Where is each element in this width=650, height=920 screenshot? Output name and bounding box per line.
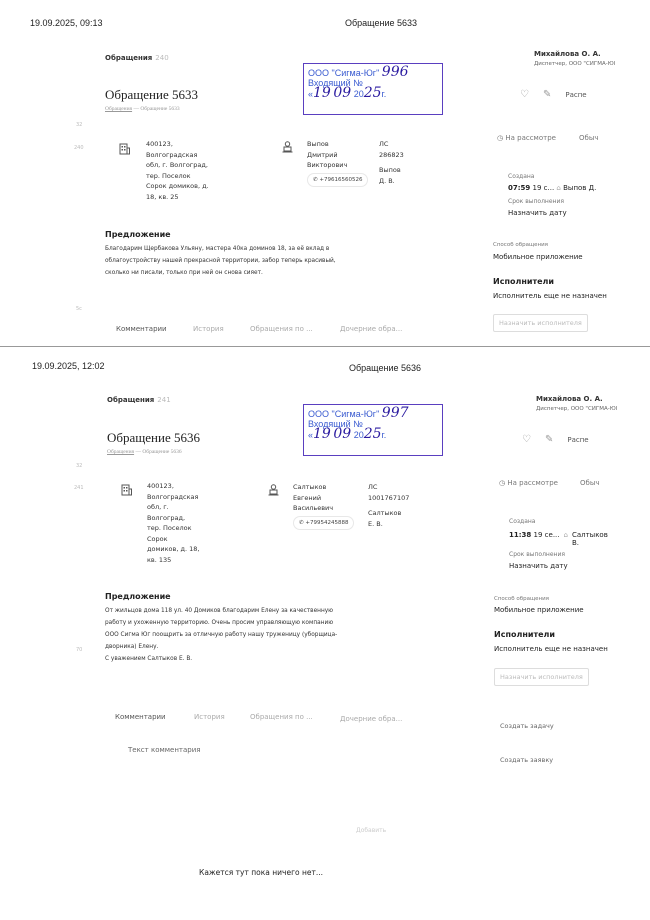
- stamp-org: ООО "Сигма-Юг": [308, 68, 379, 78]
- applicant-name-line: Васильевич: [293, 503, 354, 514]
- breadcrumb-sep: —: [135, 449, 141, 455]
- executors-empty: Исполнитель еще не назначен: [494, 645, 608, 653]
- proposal-line: сколько ни писали, только при ней он сно…: [105, 267, 336, 279]
- proposal-line: дворника) Елену.: [105, 641, 337, 653]
- applicant: Выпов Дмитрий Викторович ✆ +79616560526: [307, 139, 368, 187]
- incoming-stamp: ООО "Сигма-Юг" 996 Входящий № «19 09 202…: [303, 63, 443, 115]
- user-name: Михайлова О. А.: [534, 50, 615, 58]
- building-icon: [119, 140, 130, 159]
- deadline-label: Срок выполнения: [508, 198, 564, 205]
- address-line: обл, г. Волгоград,: [146, 160, 209, 171]
- action-bar: ♡ ✎ Распе: [520, 89, 587, 100]
- stamp-year-prefix: 20: [354, 430, 364, 440]
- phone-number: +79954245888: [305, 520, 348, 526]
- stamp-month: 09: [333, 426, 351, 442]
- stamp-year-end: г.: [382, 430, 387, 440]
- stamp-month: 09: [333, 85, 351, 101]
- comment-input[interactable]: Текст комментария: [128, 746, 428, 754]
- created-label: Создана: [508, 173, 534, 180]
- address-line: Сорок домиков, д.: [146, 181, 209, 192]
- account-label: ЛС: [368, 482, 409, 493]
- executors-empty: Исполнитель еще не назначен: [493, 292, 607, 300]
- stamp-year: 25: [364, 85, 382, 101]
- side-number: 70: [76, 647, 82, 653]
- print-button[interactable]: Распе: [567, 436, 588, 444]
- address-line: тер. Поселок: [147, 523, 199, 534]
- proposal-line: ООО Сигма Юг поощрить за отличную работу…: [105, 629, 337, 641]
- print-date: 19.09.2025, 09:13: [30, 18, 103, 28]
- proposal-line: От жильцов дома 118 ул. 40 Домиков благо…: [105, 605, 337, 617]
- tab-history[interactable]: История: [194, 713, 225, 721]
- deadline-set-date[interactable]: Назначить дату: [508, 209, 567, 217]
- created-date: 19 се...: [534, 531, 560, 539]
- breadcrumb-sep: —: [133, 106, 139, 112]
- address-line: домиков, д. 18,: [147, 544, 199, 555]
- print-date: 19.09.2025, 12:02: [32, 361, 105, 371]
- status-icon: ◷: [497, 134, 503, 142]
- address-line: Сорок: [147, 534, 199, 545]
- stamp-number: 997: [382, 405, 409, 421]
- person-icon: [268, 481, 279, 500]
- method-label: Способ обращения: [494, 596, 549, 602]
- proposal-line: облагоустройству нашей прекрасной террит…: [105, 255, 336, 267]
- account-number: 286823: [379, 150, 404, 161]
- proposal-line: работу и ухоженную территорию. Очень про…: [105, 617, 337, 629]
- user-profile[interactable]: Михайлова О. А. Диспетчер, ООО "СИГМА-ЮІ: [534, 50, 615, 67]
- address-line: Волгоградская: [147, 492, 199, 503]
- tab-child-requests[interactable]: Дочерние обра...: [340, 715, 402, 723]
- empty-state: Кажется тут пока ничего нет...: [199, 868, 323, 877]
- user-name: Михайлова О. А.: [536, 395, 617, 403]
- stamp-year-prefix: 20: [354, 89, 364, 99]
- phone-icon: ✆: [299, 520, 304, 526]
- section-header[interactable]: Обращения241: [107, 396, 171, 404]
- user-role: Диспетчер, ООО "СИГМА-ЮІ: [534, 61, 615, 67]
- status-icon: ◷: [499, 479, 505, 487]
- status-dropdown[interactable]: ◷ На рассмотре: [497, 134, 556, 142]
- tab-child-requests[interactable]: Дочерние обра...: [340, 325, 402, 333]
- proposal-title: Предложение: [105, 230, 171, 239]
- assign-executor-button[interactable]: Назначить исполнителя: [494, 668, 589, 686]
- address-line: Волгоградская: [146, 150, 209, 161]
- status-dropdown[interactable]: ◷ На рассмотре: [499, 479, 558, 487]
- address-line: кв. 135: [147, 555, 199, 566]
- tab-comments[interactable]: Комментарии: [116, 325, 167, 333]
- phone-chip[interactable]: ✆ +79616560526: [307, 173, 368, 188]
- side-number: 5с: [76, 306, 82, 312]
- address: 400123, Волгоградская обл, г. Волгоград,…: [147, 481, 199, 565]
- tab-history[interactable]: История: [193, 325, 224, 333]
- page-title: Обращение 5636: [107, 430, 200, 446]
- person-icon: [282, 138, 293, 157]
- applicant: Салтыков Евгений Васильевич ✆ +799542458…: [293, 482, 354, 530]
- section-header[interactable]: Обращения240: [105, 54, 169, 62]
- created-by: Выпов Д.: [563, 184, 596, 192]
- edit-icon[interactable]: ✎: [543, 89, 551, 100]
- edit-icon[interactable]: ✎: [545, 434, 553, 445]
- section-count: 240: [155, 54, 168, 62]
- tab-comments[interactable]: Комментарии: [115, 713, 166, 721]
- stamp-day: 19: [313, 426, 331, 442]
- breadcrumb-link[interactable]: Обращения: [105, 106, 132, 112]
- address-line: 400123,: [146, 139, 209, 150]
- stamp-number: 996: [382, 64, 409, 80]
- breadcrumb-current: Обращение 5636: [142, 449, 181, 455]
- print-title: Обращение 5633: [345, 18, 417, 28]
- breadcrumb: Обращения — Обращение 5636: [107, 449, 182, 455]
- print-title: Обращение 5636: [349, 363, 421, 373]
- address: 400123, Волгоградская обл, г. Волгоград,…: [146, 139, 209, 202]
- account-owner: Салтыков: [368, 508, 409, 519]
- applicant-name-line: Дмитрий: [307, 150, 368, 161]
- proposal-title: Предложение: [105, 592, 171, 601]
- proposal-text: Благодарим Щербакова Ульяну, мастера 40к…: [105, 243, 336, 279]
- address-line: 18, кв. 25: [146, 192, 209, 203]
- created-value: 07:59 19 с... ⌂ Выпов Д.: [508, 184, 596, 192]
- created-value: 11:38 19 се... ⌂ Салтыков В.: [509, 531, 602, 547]
- account-label: ЛС: [379, 139, 404, 150]
- address-line: 400123,: [147, 481, 199, 492]
- created-date: 19 с...: [533, 184, 555, 192]
- user-profile[interactable]: Михайлова О. А. Диспетчер, ООО "СИГМА-ЮІ: [536, 395, 617, 412]
- phone-chip[interactable]: ✆ +79954245888: [293, 516, 354, 531]
- created-time: 07:59: [508, 184, 530, 192]
- proposal-line: Благодарим Щербакова Ульяну, мастера 40к…: [105, 243, 336, 255]
- side-number: 32: [76, 122, 82, 128]
- tab-related-requests[interactable]: Обращения по ...: [250, 325, 313, 333]
- executors-title: Исполнители: [493, 277, 554, 286]
- status-label: На рассмотре: [507, 479, 558, 487]
- home-icon: ⌂: [564, 531, 568, 547]
- method-value: Мобильное приложение: [493, 253, 583, 261]
- address-line: Волгоград,: [147, 513, 199, 524]
- account-number: 1001767107: [368, 493, 409, 504]
- phone-number: +79616560526: [319, 177, 362, 183]
- method-label: Способ обращения: [493, 242, 548, 248]
- phone-icon: ✆: [313, 177, 318, 183]
- proposal-line: С уважением Салтыков Е. В.: [105, 653, 337, 665]
- created-label: Создана: [509, 518, 535, 525]
- heart-icon[interactable]: ♡: [520, 89, 529, 100]
- account-owner: Выпов: [379, 165, 404, 176]
- address-line: тер. Поселок: [146, 171, 209, 182]
- deadline-label: Срок выполнения: [509, 551, 565, 558]
- deadline-set-date[interactable]: Назначить дату: [509, 562, 568, 570]
- building-icon: [121, 481, 132, 500]
- stamp-day: 19: [313, 85, 331, 101]
- breadcrumb: Обращения — Обращение 5633: [105, 106, 180, 112]
- create-request-button[interactable]: Создать заявку: [500, 756, 553, 764]
- method-value: Мобильное приложение: [494, 606, 584, 614]
- stamp-year: 25: [364, 426, 382, 442]
- section-label: Обращения: [105, 54, 152, 62]
- home-icon: ⌂: [556, 184, 560, 192]
- created-time: 11:38: [509, 531, 531, 539]
- executors-title: Исполнители: [494, 630, 555, 639]
- tab-related-requests[interactable]: Обращения по ...: [250, 713, 313, 721]
- print-button[interactable]: Распе: [565, 91, 586, 99]
- applicant-name-line: Викторович: [307, 160, 368, 171]
- created-by: Салтыков В.: [572, 531, 602, 547]
- account-owner: Д. В.: [379, 176, 404, 187]
- section-label: Обращения: [107, 396, 154, 404]
- heart-icon[interactable]: ♡: [522, 434, 531, 445]
- priority-dropdown[interactable]: Обыч: [579, 134, 599, 142]
- applicant-name-line: Салтыков: [293, 482, 354, 493]
- account: ЛС 286823 Выпов Д. В.: [379, 139, 404, 186]
- side-number: 32: [76, 463, 82, 469]
- breadcrumb-link[interactable]: Обращения: [107, 449, 134, 455]
- page-divider: [0, 346, 650, 347]
- applicant-name-line: Евгений: [293, 493, 354, 504]
- account: ЛС 1001767107 Салтыков Е. В.: [368, 482, 409, 529]
- section-count: 241: [157, 396, 170, 404]
- page-title: Обращение 5633: [105, 87, 198, 103]
- stamp-org: ООО "Сигма-Юг": [308, 409, 379, 419]
- proposal-text: От жильцов дома 118 ул. 40 Домиков благо…: [105, 605, 337, 665]
- priority-dropdown[interactable]: Обыч: [580, 479, 600, 487]
- breadcrumb-current: Обращение 5633: [140, 106, 179, 112]
- stamp-year-end: г.: [382, 89, 387, 99]
- status-label: На рассмотре: [505, 134, 556, 142]
- applicant-name-line: Выпов: [307, 139, 368, 150]
- assign-executor-button[interactable]: Назначить исполнителя: [493, 314, 588, 332]
- account-owner: Е. В.: [368, 519, 409, 530]
- side-number: 241: [74, 485, 84, 491]
- create-task-button[interactable]: Создать задачу: [500, 722, 554, 730]
- user-role: Диспетчер, ООО "СИГМА-ЮІ: [536, 406, 617, 412]
- address-line: обл, г.: [147, 502, 199, 513]
- add-comment-button[interactable]: Добавить: [356, 827, 386, 834]
- action-bar: ♡ ✎ Распе: [522, 434, 589, 445]
- incoming-stamp: ООО "Сигма-Юг" 997 Входящий № «19 09 202…: [303, 404, 443, 456]
- side-number: 240: [74, 145, 84, 151]
